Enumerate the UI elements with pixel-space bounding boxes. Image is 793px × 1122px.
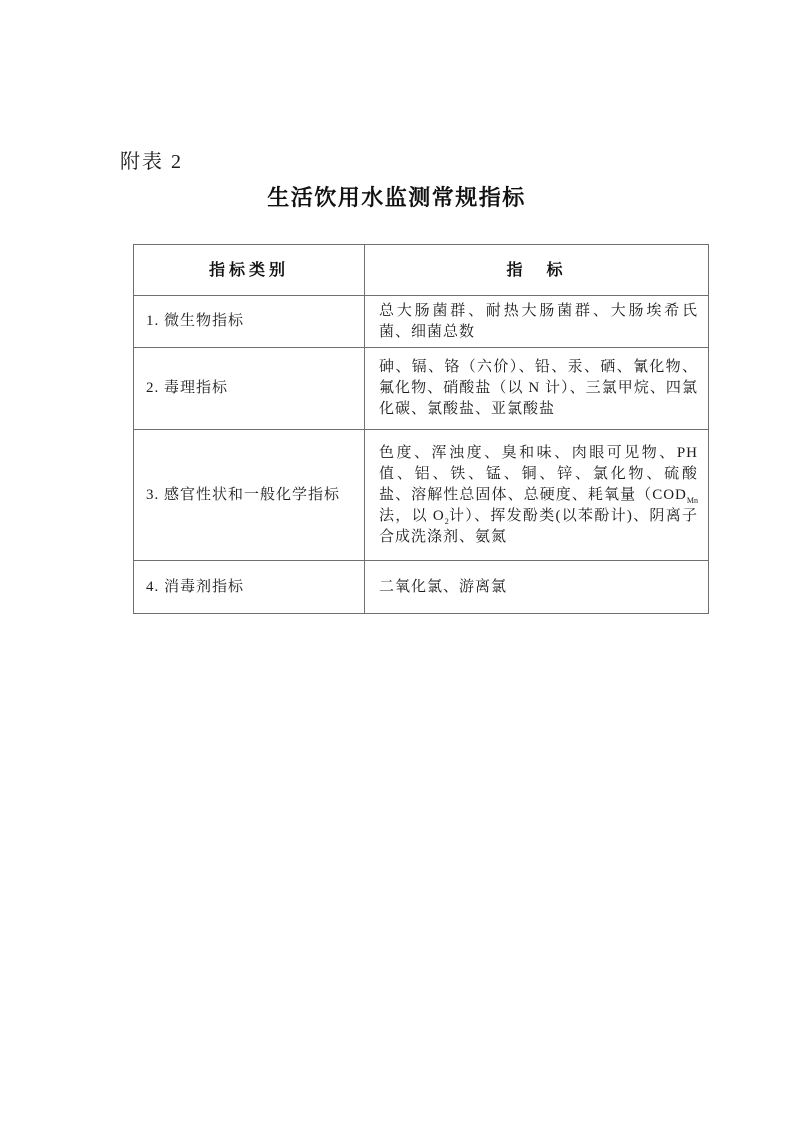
table-row: 3. 感官性状和一般化学指标色度、浑浊度、臭和味、肉眼可见物、PH值、铝、铁、锰… bbox=[134, 430, 709, 561]
category-cell: 2. 毒理指标 bbox=[134, 348, 365, 430]
indicator-cell: 二氧化氯、游离氯 bbox=[365, 561, 709, 614]
category-cell: 1. 微生物指标 bbox=[134, 296, 365, 348]
table-header-row: 指标类别 指 标 bbox=[134, 245, 709, 296]
indicator-cell: 色度、浑浊度、臭和味、肉眼可见物、PH值、铝、铁、锰、铜、锌、氯化物、硫酸盐、溶… bbox=[365, 430, 709, 561]
subscript-text: Mn bbox=[687, 496, 698, 505]
appendix-label: 附表 2 bbox=[120, 145, 183, 174]
category-cell: 3. 感官性状和一般化学指标 bbox=[134, 430, 365, 561]
header-category: 指标类别 bbox=[134, 245, 365, 296]
indicators-table: 指标类别 指 标 1. 微生物指标总大肠菌群、耐热大肠菌群、大肠埃希氏菌、细菌总… bbox=[133, 244, 709, 614]
table-row: 4. 消毒剂指标二氧化氯、游离氯 bbox=[134, 561, 709, 614]
subscript-text: 2 bbox=[445, 517, 449, 526]
table-row: 1. 微生物指标总大肠菌群、耐热大肠菌群、大肠埃希氏菌、细菌总数 bbox=[134, 296, 709, 348]
category-cell: 4. 消毒剂指标 bbox=[134, 561, 365, 614]
page-title: 生活饮用水监测常规指标 bbox=[0, 181, 793, 212]
indicator-cell: 砷、镉、铬（六价）、铅、汞、硒、氰化物、氟化物、硝酸盐（以 N 计）、三氯甲烷、… bbox=[365, 348, 709, 430]
document-page: 附表 2 生活饮用水监测常规指标 指标类别 指 标 1. 微生物指标总大肠菌群、… bbox=[0, 0, 793, 1122]
indicator-cell: 总大肠菌群、耐热大肠菌群、大肠埃希氏菌、细菌总数 bbox=[365, 296, 709, 348]
table-row: 2. 毒理指标砷、镉、铬（六价）、铅、汞、硒、氰化物、氟化物、硝酸盐（以 N 计… bbox=[134, 348, 709, 430]
header-indicator: 指 标 bbox=[365, 245, 709, 296]
